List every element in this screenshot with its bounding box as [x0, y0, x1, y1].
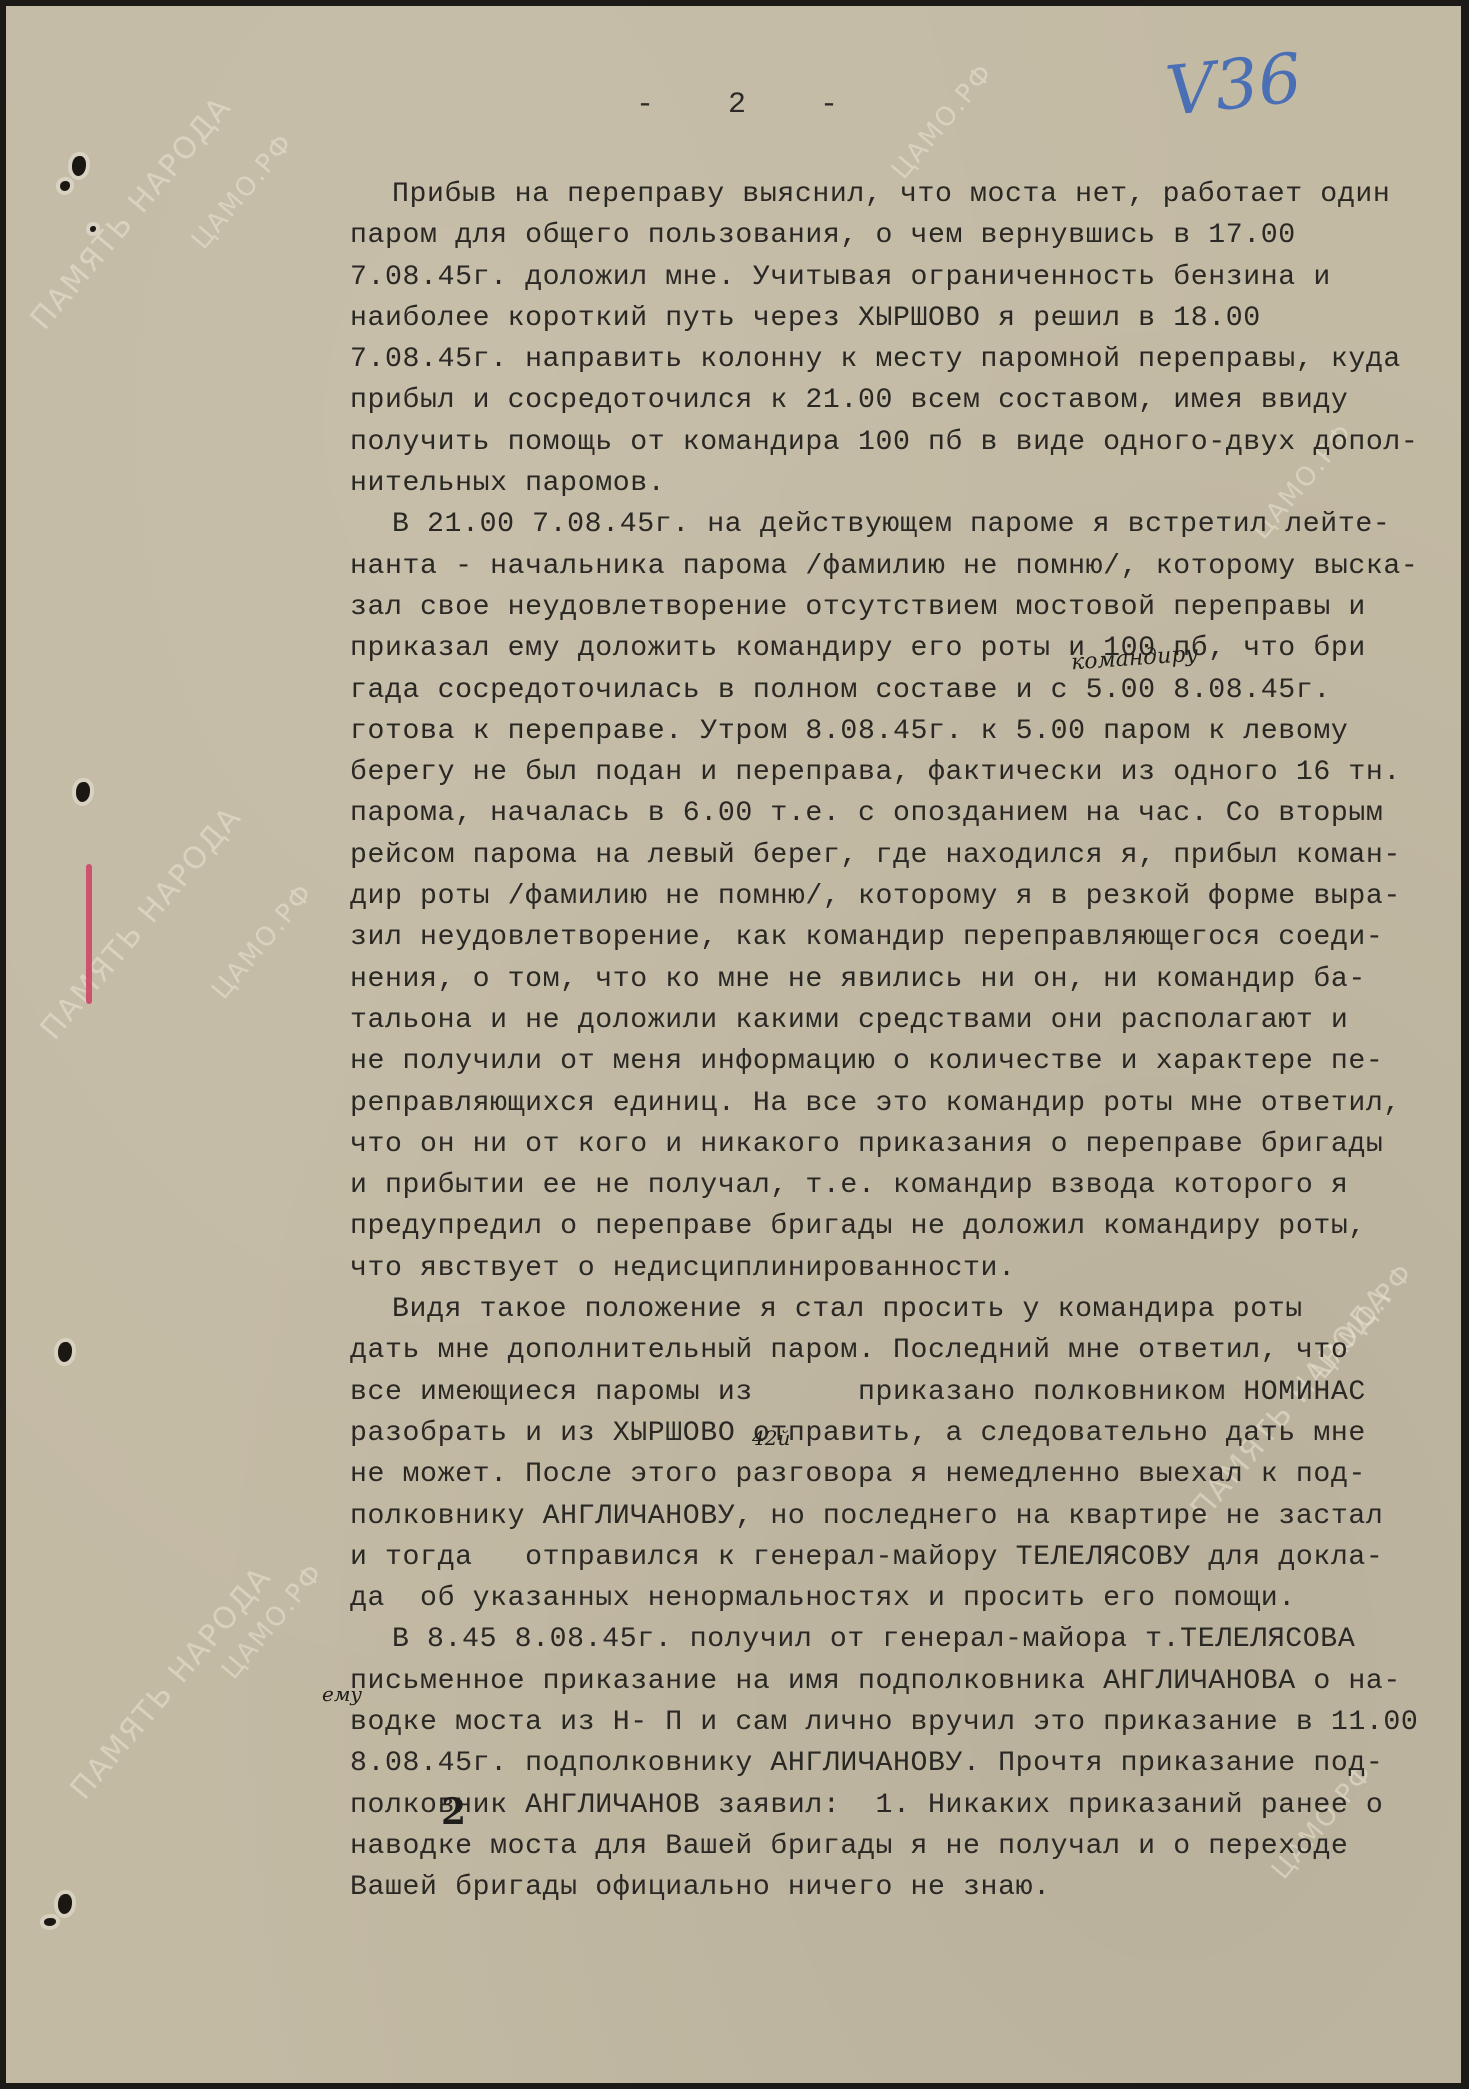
text-line: готова к переправе. Утром 8.08.45г. к 5.…: [350, 711, 1410, 752]
text-line: зал свое неудовлетворение отсутствием мо…: [350, 587, 1410, 628]
punch-hole: [72, 156, 86, 176]
text-line: предупредил о переправе бригады не долож…: [350, 1206, 1410, 1247]
text-line: нительных паромов.: [350, 463, 1410, 504]
document-page: ЦАМО.РФ ЦАМО.РФ ЦАМО.РФ ЦАМО.РФ ЦАМО.РФ …: [6, 6, 1461, 2083]
punch-hole: [44, 1918, 56, 1926]
text-line: не получили от меня информацию о количес…: [350, 1041, 1410, 1082]
handwritten-annotation-emu: ему: [322, 1682, 362, 1706]
text-line: дать мне дополнительный паром. Последний…: [350, 1330, 1410, 1371]
text-line: приказал ему доложить командиру его роты…: [350, 628, 1410, 669]
text-line: водке моста из Н- П и сам лично вручил э…: [350, 1702, 1410, 1743]
handwritten-folio-number: V36: [1162, 39, 1305, 132]
text-line: полковник АНГЛИЧАНОВ заявил: 1. Никаких …: [350, 1785, 1410, 1826]
text-line: 7.08.45г. направить колонну к месту паро…: [350, 339, 1410, 380]
punch-hole: [58, 1894, 72, 1914]
punch-hole: [76, 782, 90, 802]
text-line: что он ни от кого и никакого приказания …: [350, 1124, 1410, 1165]
text-line: все имеющиеся паромы из приказано полков…: [350, 1372, 1410, 1413]
text-line: гада сосредоточилась в полном составе и …: [350, 670, 1410, 711]
text-line: дир роты /фамилию не помню/, которому я …: [350, 876, 1410, 917]
text-line: паром для общего пользования, о чем верн…: [350, 215, 1410, 256]
handwritten-annotation-42: 42й: [752, 1426, 790, 1450]
text-line: нения, о том, что ко мне не явились ни о…: [350, 959, 1410, 1000]
handwritten-annotation-digit-2: 2: [441, 1791, 466, 1833]
text-line: В 8.45 8.08.45г. получил от генерал-майо…: [350, 1619, 1410, 1660]
typed-body-text: Прибыв на переправу выяснил, что моста н…: [350, 174, 1410, 1908]
text-line: Вашей бригады официально ничего не знаю.: [350, 1867, 1410, 1908]
text-line: прибыл и сосредоточился к 21.00 всем сос…: [350, 380, 1410, 421]
text-line: берегу не был подан и переправа, фактиче…: [350, 752, 1410, 793]
text-line: зил неудовлетворение, как командир переп…: [350, 917, 1410, 958]
text-line: и прибытии ее не получал, т.е. командир …: [350, 1165, 1410, 1206]
text-line: Прибыв на переправу выяснил, что моста н…: [350, 174, 1410, 215]
text-line: В 21.00 7.08.45г. на действующем пароме …: [350, 504, 1410, 545]
text-line: Видя такое положение я стал просить у ко…: [350, 1289, 1410, 1330]
watermark-pamyat-naroda: ПАМЯТЬ НАРОДА: [66, 1562, 277, 1806]
punch-hole: [60, 181, 70, 191]
text-line: 7.08.45г. доложил мне. Учитывая ограниче…: [350, 257, 1410, 298]
watermark-camo: ЦАМО.РФ: [886, 58, 1000, 185]
text-line: реправляющихся единиц. На все это команд…: [350, 1083, 1410, 1124]
text-line: наводке моста для Вашей бригады я не пол…: [350, 1826, 1410, 1867]
text-line: не может. После этого разговора я немедл…: [350, 1454, 1410, 1495]
text-line: полковнику АНГЛИЧАНОВУ, но последнего на…: [350, 1496, 1410, 1537]
text-line: 8.08.45г. подполковнику АНГЛИЧАНОВУ. Про…: [350, 1743, 1410, 1784]
watermark-pamyat-naroda: ПАМЯТЬ НАРОДА: [26, 92, 237, 336]
punch-hole: [90, 226, 96, 232]
watermark-camo: ЦАМО.РФ: [206, 878, 320, 1005]
punch-hole: [58, 1342, 72, 1362]
text-line: наиболее короткий путь через ХЫРШОВО я р…: [350, 298, 1410, 339]
watermark-camo: ЦАМО.РФ: [186, 128, 300, 255]
text-line: да об указанных ненормальностях и просит…: [350, 1578, 1410, 1619]
text-line: что явствует о недисциплинированности.: [350, 1248, 1410, 1289]
watermark-camo: ЦАМО.РФ: [216, 1558, 330, 1685]
text-line: нанта - начальника парома /фамилию не по…: [350, 546, 1410, 587]
text-line: рейсом парома на левый берег, где находи…: [350, 835, 1410, 876]
text-line: и тогда отправился к генерал-майору ТЕЛЕ…: [350, 1537, 1410, 1578]
red-pencil-mark: [86, 864, 92, 1004]
text-line: разобрать и из ХЫРШОВО отправить, а след…: [350, 1413, 1410, 1454]
text-line: письменное приказание на имя подполковни…: [350, 1661, 1410, 1702]
watermark-pamyat-naroda: ПАМЯТЬ НАРОДА: [36, 802, 247, 1046]
text-line: парома, началась в 6.00 т.е. с опоздание…: [350, 793, 1410, 834]
text-line: тальона и не доложили какими средствами …: [350, 1000, 1410, 1041]
text-line: получить помощь от командира 100 пб в ви…: [350, 422, 1410, 463]
page-number-marker: - 2 -: [636, 88, 866, 122]
